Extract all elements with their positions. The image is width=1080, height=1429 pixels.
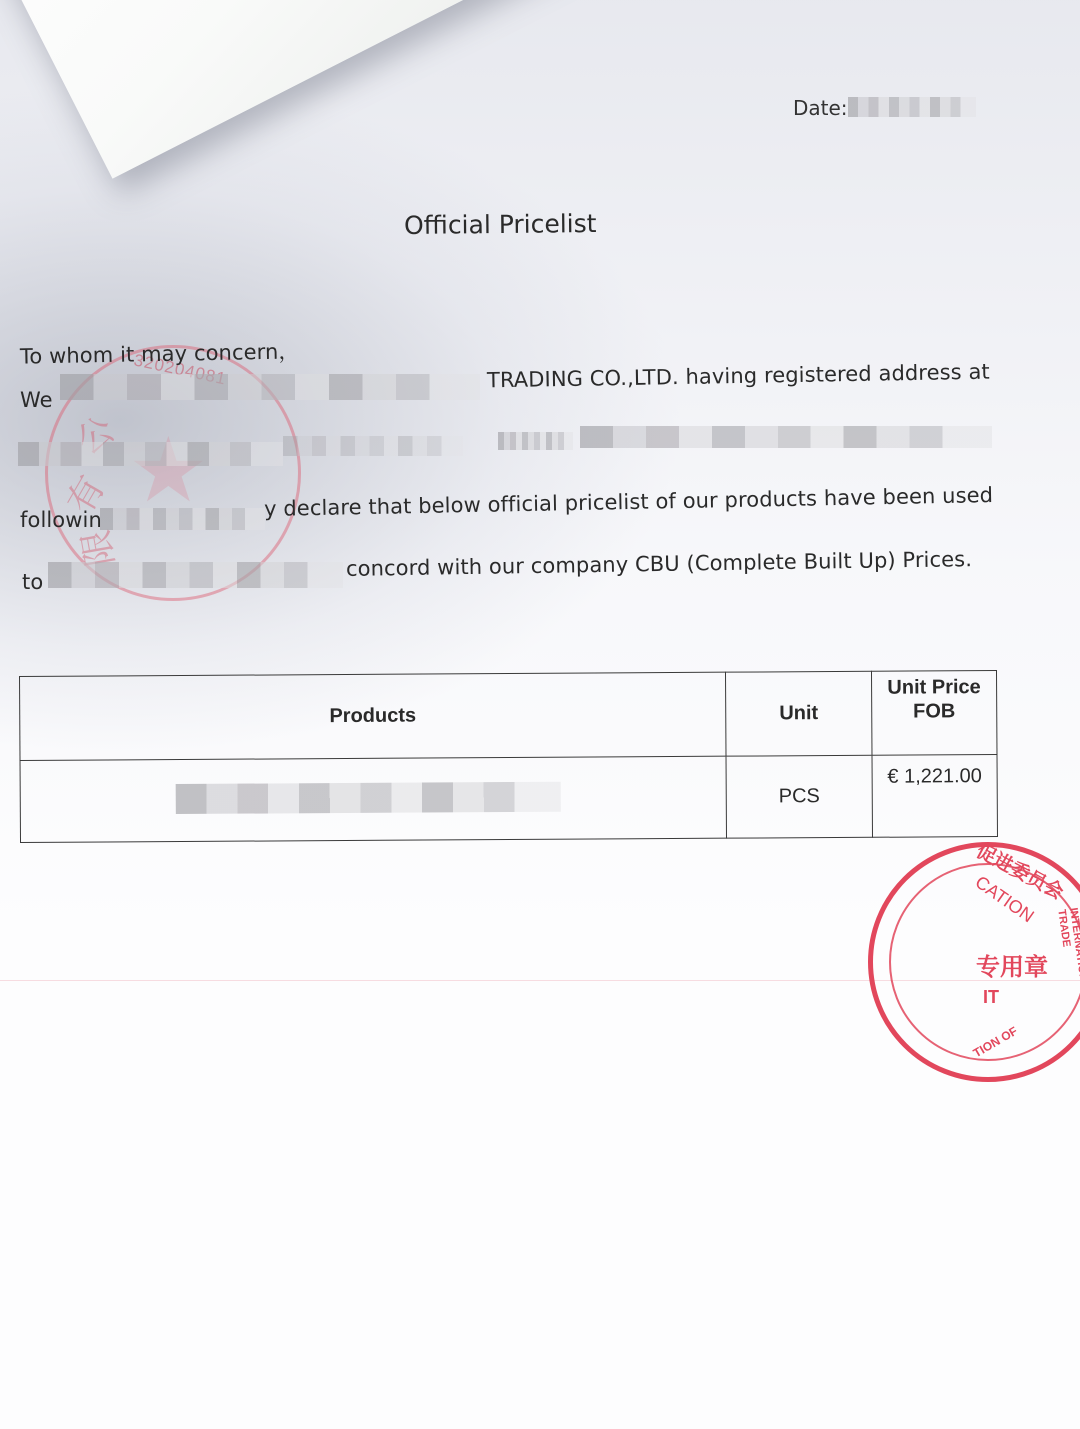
redacted-address-part1	[18, 442, 283, 466]
header-products: Products	[20, 672, 726, 760]
header-price-line1: Unit Price	[873, 675, 995, 700]
table-row: PCS € 1,221.00	[20, 755, 997, 843]
redacted-address-part2	[283, 436, 463, 456]
header-unit: Unit	[725, 671, 872, 756]
faint-scan-line	[0, 980, 1080, 981]
line4-prefix: to	[22, 570, 43, 594]
line3-suffix: y declare that below official pricelist …	[264, 483, 993, 521]
redacted-company-name	[60, 374, 480, 400]
cell-unit: PCS	[726, 755, 872, 838]
redacted-date	[848, 97, 976, 117]
date-line: Date:	[793, 96, 848, 120]
salutation: To whom it may concern，	[20, 335, 300, 370]
cell-product	[20, 756, 726, 842]
stamp-cn-top: 促进委员会	[972, 836, 1069, 904]
stamp-en-center: IT	[983, 987, 999, 1008]
table-header-row: Products Unit Unit Price FOB	[20, 671, 997, 761]
line4-suffix: concord with our company CBU (Complete B…	[346, 547, 972, 581]
redacted-address-part3	[498, 432, 573, 450]
line1-prefix: We	[20, 388, 53, 412]
ccpit-certification-stamp: 促进委员会 CATION 专用章 IT INTERNATIONAL TRADE …	[868, 842, 1080, 1082]
redacted-line4	[48, 562, 343, 588]
redacted-product-name	[176, 782, 561, 814]
line3-prefix: followin	[20, 508, 102, 532]
stamp-cn-center: 专用章	[976, 947, 1048, 982]
redacted-line3	[100, 508, 265, 530]
curled-page-corner	[0, 0, 576, 179]
cell-price: € 1,221.00	[872, 755, 997, 838]
header-price-line2: FOB	[873, 699, 995, 724]
stamp-inner-ring	[889, 863, 1080, 1061]
document-title: Official Pricelist	[404, 209, 597, 240]
stamp-en-outer-right: INTERNATIONAL TRADE	[1055, 907, 1080, 998]
date-label: Date:	[793, 96, 848, 120]
redacted-address-part4	[580, 426, 992, 448]
header-unit-price-fob: Unit Price FOB	[871, 671, 997, 756]
stamp-en-arc: CATION	[971, 872, 1038, 927]
price-table: Products Unit Unit Price FOB PCS € 1,221…	[19, 670, 998, 836]
stamp-en-outer-bottom: TION OF	[971, 1024, 1020, 1060]
line1-suffix: TRADING CO.,LTD. having registered addre…	[487, 360, 990, 393]
